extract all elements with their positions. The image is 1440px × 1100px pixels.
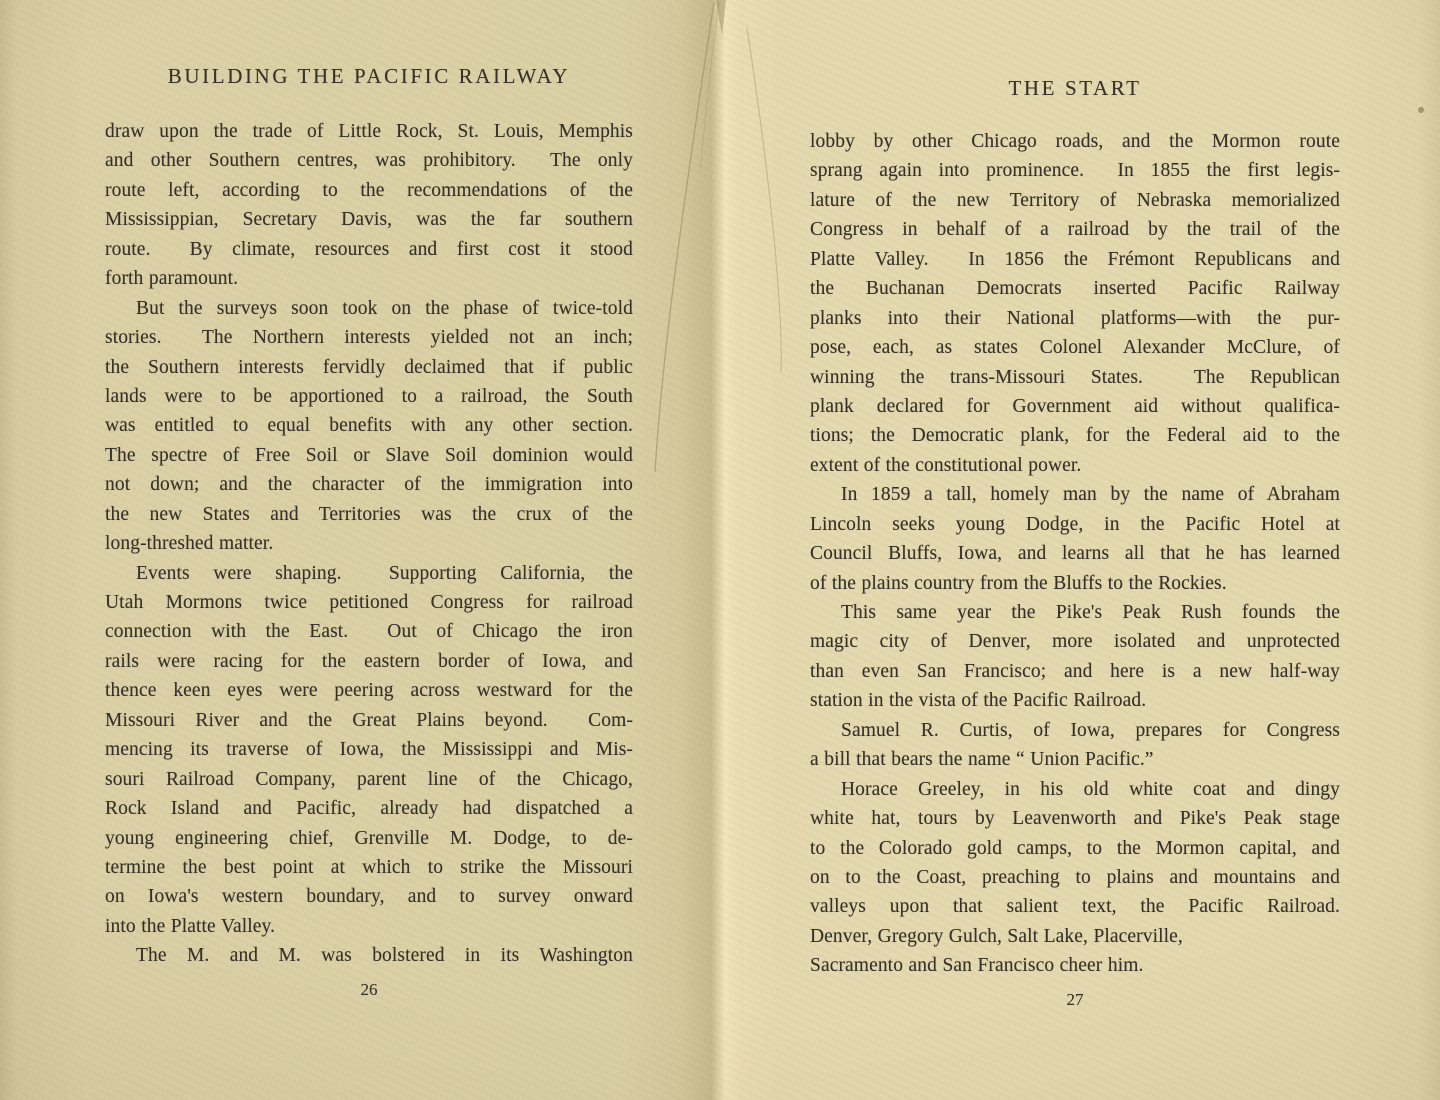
text-line: magic city of Denver, more isolated and … — [810, 627, 1340, 656]
text-line: Congress in behalf of a railroad by the … — [810, 215, 1340, 244]
text-line: The M. and M. was bolstered in its Washi… — [105, 941, 633, 970]
text-line: long-threshed matter. — [105, 529, 633, 558]
text-line: the Buchanan Democrats inserted Pacific … — [810, 274, 1340, 303]
text-line: station in the vista of the Pacific Rail… — [810, 686, 1340, 715]
paragraph: draw upon the trade of Little Rock, St. … — [105, 117, 633, 294]
page-right: THE START lobby by other Chicago roads, … — [810, 76, 1340, 1010]
text-line: young engineering chief, Grenville M. Do… — [105, 824, 633, 853]
text-line: sprang again into prominence. In 1855 th… — [810, 156, 1340, 185]
text-line: Council Bluffs, Iowa, and learns all tha… — [810, 539, 1340, 568]
text-line: souri Railroad Company, parent line of t… — [105, 765, 633, 794]
text-line: tions; the Democratic plank, for the Fed… — [810, 421, 1340, 450]
text-line: plank declared for Government aid withou… — [810, 392, 1340, 421]
text-line: a bill that bears the name “ Union Pacif… — [810, 745, 1340, 774]
text-line: on to the Coast, preaching to plains and… — [810, 863, 1340, 892]
paragraph: Horace Greeley, in his old white coat an… — [810, 775, 1340, 952]
text-line: Platte Valley. In 1856 the Frémont Repub… — [810, 245, 1340, 274]
page-body-left: draw upon the trade of Little Rock, St. … — [105, 117, 633, 971]
text-line: the new States and Territories was the c… — [105, 500, 633, 529]
text-line: than even San Francisco; and here is a n… — [810, 657, 1340, 686]
text-line: lature of the new Territory of Nebraska … — [810, 186, 1340, 215]
text-line: the Southern interests fervidly declaime… — [105, 353, 633, 382]
paragraph: lobby by other Chicago roads, and the Mo… — [810, 127, 1340, 480]
text-line: Denver, Gregory Gulch, Salt Lake, Placer… — [810, 922, 1340, 951]
text-line: draw upon the trade of Little Rock, St. … — [105, 117, 633, 146]
paragraph: Events were shaping. Supporting Californ… — [105, 559, 633, 942]
running-head-right: THE START — [810, 76, 1340, 101]
text-line: extent of the constitutional power. — [810, 451, 1340, 480]
text-line: Samuel R. Curtis, of Iowa, prepares for … — [810, 716, 1340, 745]
running-head-left: BUILDING THE PACIFIC RAILWAY — [105, 64, 633, 89]
paragraph: In 1859 a tall, homely man by the name o… — [810, 480, 1340, 598]
text-line: of the plains country from the Bluffs to… — [810, 569, 1340, 598]
paragraph: This same year the Pike's Peak Rush foun… — [810, 598, 1340, 716]
page-body-right: lobby by other Chicago roads, and the Mo… — [810, 127, 1340, 981]
paragraph: The M. and M. was bolstered in its Washi… — [105, 941, 633, 970]
text-line: rails were racing for the eastern border… — [105, 647, 633, 676]
text-line: and other Southern centres, was prohibit… — [105, 146, 633, 175]
text-line: Missouri River and the Great Plains beyo… — [105, 706, 633, 735]
page-number-right: 27 — [810, 990, 1340, 1010]
text-line: Events were shaping. Supporting Californ… — [105, 559, 633, 588]
text-line: Mississippian, Secretary Davis, was the … — [105, 205, 633, 234]
text-line: stories. The Northern interests yielded … — [105, 323, 633, 352]
text-line: This same year the Pike's Peak Rush foun… — [810, 598, 1340, 627]
text-line: was entitled to equal benefits with any … — [105, 411, 633, 440]
text-line: route. By climate, resources and first c… — [105, 235, 633, 264]
text-line: Lincoln seeks young Dodge, in the Pacifi… — [810, 510, 1340, 539]
text-line: into the Platte Valley. — [105, 912, 633, 941]
text-line: lands were to be apportioned to a railro… — [105, 382, 633, 411]
text-line: forth paramount. — [105, 264, 633, 293]
text-line: route left, according to the recommendat… — [105, 176, 633, 205]
book-spread: BUILDING THE PACIFIC RAILWAY draw upon t… — [0, 0, 1440, 1100]
text-line: winning the trans-Missouri States. The R… — [810, 363, 1340, 392]
text-line: mencing its traverse of Iowa, the Missis… — [105, 735, 633, 764]
text-line: valleys upon that salient text, the Paci… — [810, 892, 1340, 921]
text-line: pose, each, as states Colonel Alexander … — [810, 333, 1340, 362]
page-number-left: 26 — [105, 980, 633, 1000]
text-line: Rock Island and Pacific, already had dis… — [105, 794, 633, 823]
text-line: Sacramento and San Francisco cheer him. — [810, 951, 1340, 980]
text-line: to the Colorado gold camps, to the Mormo… — [810, 834, 1340, 863]
text-line: But the surveys soon took on the phase o… — [105, 294, 633, 323]
text-line: white hat, tours by Leavenworth and Pike… — [810, 804, 1340, 833]
text-line: The spectre of Free Soil or Slave Soil d… — [105, 441, 633, 470]
text-line: Horace Greeley, in his old white coat an… — [810, 775, 1340, 804]
text-line: connection with the East. Out of Chicago… — [105, 617, 633, 646]
text-line: Utah Mormons twice petitioned Congress f… — [105, 588, 633, 617]
page-left: BUILDING THE PACIFIC RAILWAY draw upon t… — [105, 64, 633, 1000]
text-line: In 1859 a tall, homely man by the name o… — [810, 480, 1340, 509]
paragraph: Samuel R. Curtis, of Iowa, prepares for … — [810, 716, 1340, 775]
paragraph: Sacramento and San Francisco cheer him. — [810, 951, 1340, 980]
text-line: termine the best point at which to strik… — [105, 853, 633, 882]
paragraph: But the surveys soon took on the phase o… — [105, 294, 633, 559]
text-line: planks into their National platforms—wit… — [810, 304, 1340, 333]
text-line: on Iowa's western boundary, and to surve… — [105, 882, 633, 911]
text-line: lobby by other Chicago roads, and the Mo… — [810, 127, 1340, 156]
text-line: thence keen eyes were peering across wes… — [105, 676, 633, 705]
text-line: not down; and the character of the immig… — [105, 470, 633, 499]
